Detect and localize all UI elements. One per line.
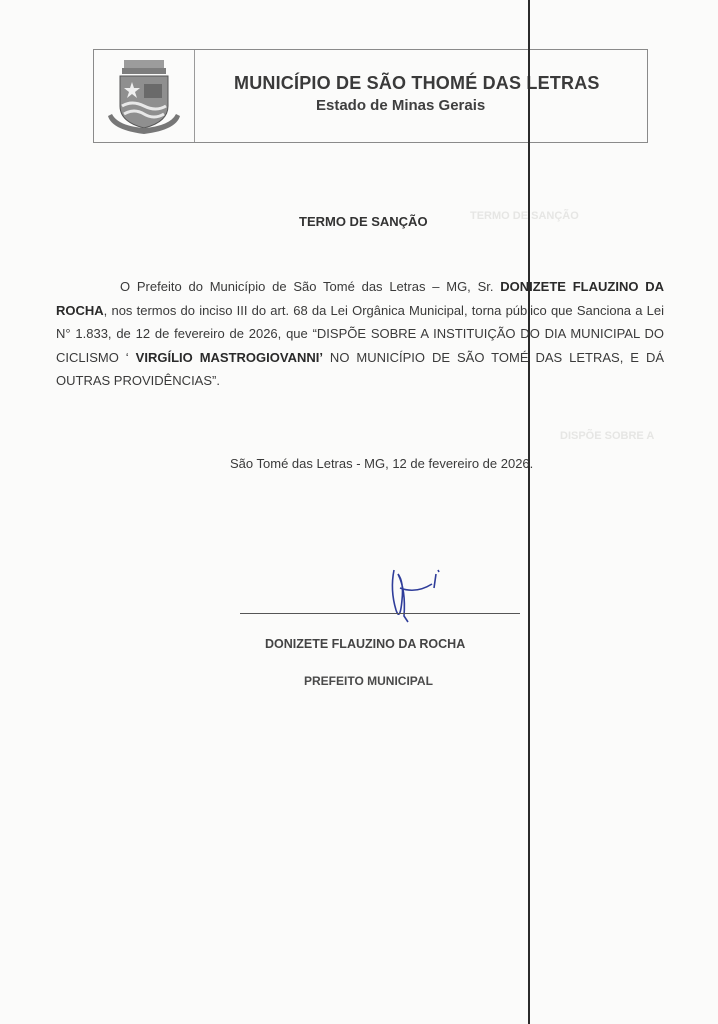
signatory-role: PREFEITO MUNICIPAL bbox=[304, 674, 433, 688]
scan-fold-line bbox=[528, 0, 530, 1024]
coat-of-arms-icon bbox=[102, 56, 186, 138]
municipality-title: MUNICÍPIO DE SÃO THOMÉ DAS LETRAS bbox=[234, 73, 600, 94]
signatory-name: DONIZETE FLAUZINO DA ROCHA bbox=[265, 637, 465, 651]
honoree-name: VIRGÍLIO MASTROGIOVANNI’ bbox=[136, 350, 323, 365]
state-subtitle: Estado de Minas Gerais bbox=[316, 97, 485, 114]
bleed-through-text: TERMO DE SANÇÃO bbox=[470, 210, 579, 222]
bleed-through-text: DISPÕE SOBRE A bbox=[560, 430, 654, 442]
handwritten-signature bbox=[386, 560, 456, 626]
signature-line bbox=[240, 613, 520, 614]
place-and-date: São Tomé das Letras - MG, 12 de fevereir… bbox=[230, 456, 533, 471]
letterhead: MUNICÍPIO DE SÃO THOMÉ DAS LETRAS Estado… bbox=[93, 49, 648, 143]
sanction-paragraph: O Prefeito do Município de São Tomé das … bbox=[56, 275, 664, 393]
document-title: TERMO DE SANÇÃO bbox=[299, 214, 428, 229]
crest-cell bbox=[94, 50, 195, 142]
body-text: O Prefeito do Município de São Tomé das … bbox=[120, 279, 500, 294]
